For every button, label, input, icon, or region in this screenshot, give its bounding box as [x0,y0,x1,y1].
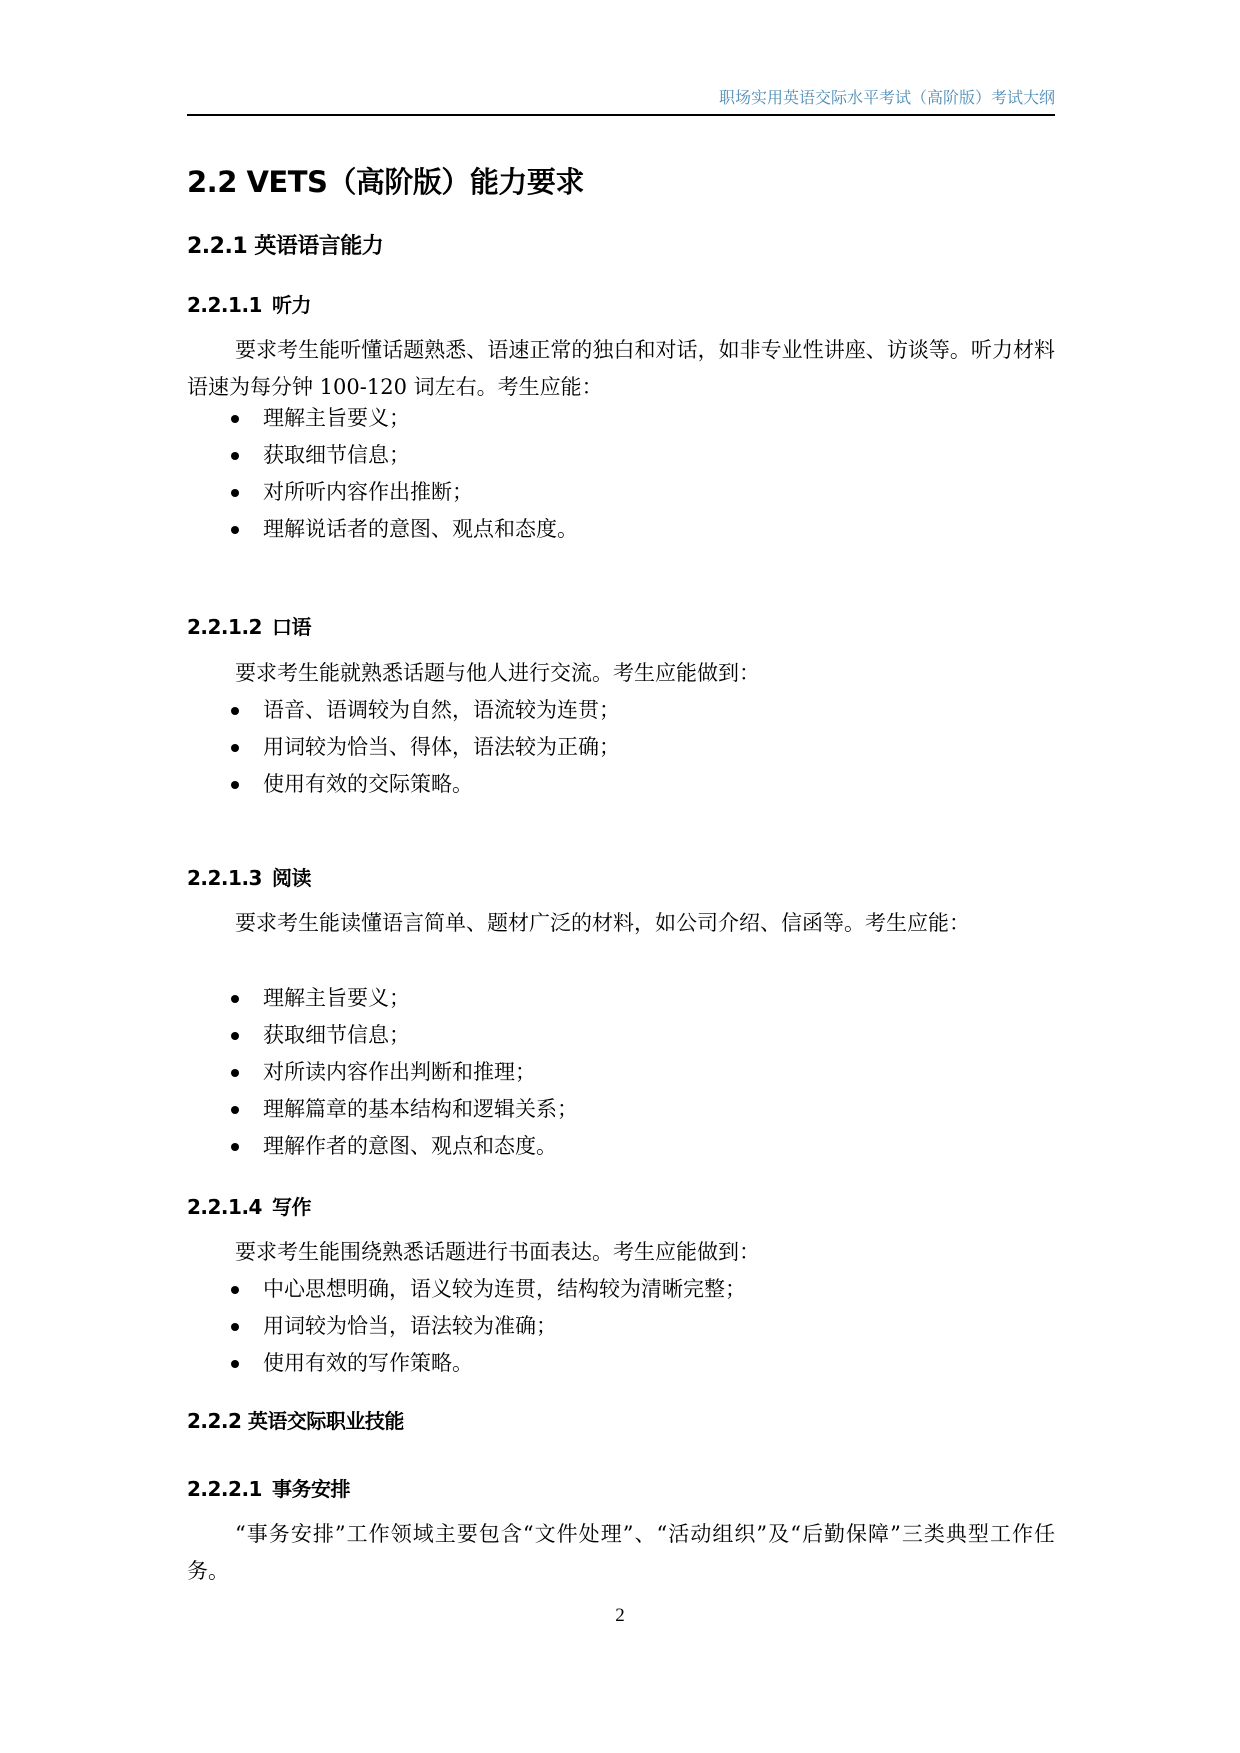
heading-number: 2.2.1.2 [187,615,262,639]
list-item: 理解作者的意图、观点和态度。 [187,1128,578,1165]
bullet-list-listening: 理解主旨要义； 获取细节信息； 对所听内容作出推断； 理解说话者的意图、观点和态… [187,400,578,548]
heading-number: 2.2.1.1 [187,293,262,317]
bullet-icon [231,452,239,460]
heading-writing: 2.2.1.4写作 [187,1192,311,1222]
list-item: 对所听内容作出推断； [187,474,578,511]
list-item: 中心思想明确，语义较为连贯，结构较为清晰完整； [187,1271,746,1308]
heading-number: 2.2.2.1 [187,1477,262,1501]
paragraph-reading: 要求考生能读懂语言简单、题材广泛的材料，如公司介绍、信函等。考生应能： [187,905,1055,942]
section-title: 2.2 VETS（高阶版）能力要求 [187,162,584,202]
list-item: 语音、语调较为自然，语流较为连贯； [187,692,620,729]
bullet-icon [231,1069,239,1077]
bullet-icon [231,707,239,715]
heading-number: 2.2.1.4 [187,1195,262,1219]
bullet-icon [231,1360,239,1368]
list-item: 理解说话者的意图、观点和态度。 [187,511,578,548]
list-item: 使用有效的写作策略。 [187,1345,746,1382]
list-item: 获取细节信息； [187,437,578,474]
heading-text: 事务安排 [272,1477,350,1501]
list-item: 理解主旨要义； [187,980,578,1017]
bullet-icon [231,781,239,789]
list-item: 用词较为恰当、得体，语法较为正确； [187,729,620,766]
bullet-icon [231,1323,239,1331]
bullet-icon [231,1143,239,1151]
heading-affairs-arrangement: 2.2.2.1事务安排 [187,1474,350,1504]
subsection-title-language-ability: 2.2.1 英语语言能力 [187,231,383,263]
bullet-icon [231,489,239,497]
bullet-list-reading: 理解主旨要义； 获取细节信息； 对所读内容作出判断和推理； 理解篇章的基本结构和… [187,980,578,1165]
paragraph-affairs-arrangement: “事务安排”工作领域主要包含“文件处理”、“活动组织”及“后勤保障”三类典型工作… [187,1516,1055,1590]
paragraph-writing: 要求考生能围绕熟悉话题进行书面表达。考生应能做到： [187,1234,1055,1271]
document-page: 职场实用英语交际水平考试（高阶版）考试大纲 2.2 VETS（高阶版）能力要求 … [0,0,1240,1753]
list-item: 理解主旨要义； [187,400,578,437]
heading-text: 写作 [272,1195,311,1219]
list-item: 对所读内容作出判断和推理； [187,1054,578,1091]
heading-text: 口语 [272,615,311,639]
bullet-icon [231,995,239,1003]
bullet-icon [231,744,239,752]
heading-listening: 2.2.1.1听力 [187,290,311,320]
bullet-icon [231,415,239,423]
paragraph-speaking: 要求考生能就熟悉话题与他人进行交流。考生应能做到： [187,655,1055,692]
bullet-icon [231,526,239,534]
list-item: 获取细节信息； [187,1017,578,1054]
paragraph-listening: 要求考生能听懂话题熟悉、语速正常的独白和对话，如非专业性讲座、访谈等。听力材料语… [187,332,1055,406]
page-number: 2 [0,1603,1240,1629]
bullet-list-writing: 中心思想明确，语义较为连贯，结构较为清晰完整； 用词较为恰当，语法较为准确； 使… [187,1271,746,1382]
bullet-icon [231,1032,239,1040]
bullet-list-speaking: 语音、语调较为自然，语流较为连贯； 用词较为恰当、得体，语法较为正确； 使用有效… [187,692,620,803]
bullet-icon [231,1286,239,1294]
heading-speaking: 2.2.1.2口语 [187,612,311,642]
list-item: 使用有效的交际策略。 [187,766,620,803]
heading-text: 阅读 [272,866,311,890]
heading-text: 听力 [272,293,311,317]
bullet-icon [231,1106,239,1114]
heading-number: 2.2.1.3 [187,866,262,890]
list-item: 用词较为恰当，语法较为准确； [187,1308,746,1345]
list-item: 理解篇章的基本结构和逻辑关系； [187,1091,578,1128]
subsection-title-communication-skills: 2.2.2 英语交际职业技能 [187,1406,404,1436]
header-divider [187,114,1055,116]
heading-reading: 2.2.1.3阅读 [187,863,311,893]
running-header: 职场实用英语交际水平考试（高阶版）考试大纲 [187,86,1055,110]
